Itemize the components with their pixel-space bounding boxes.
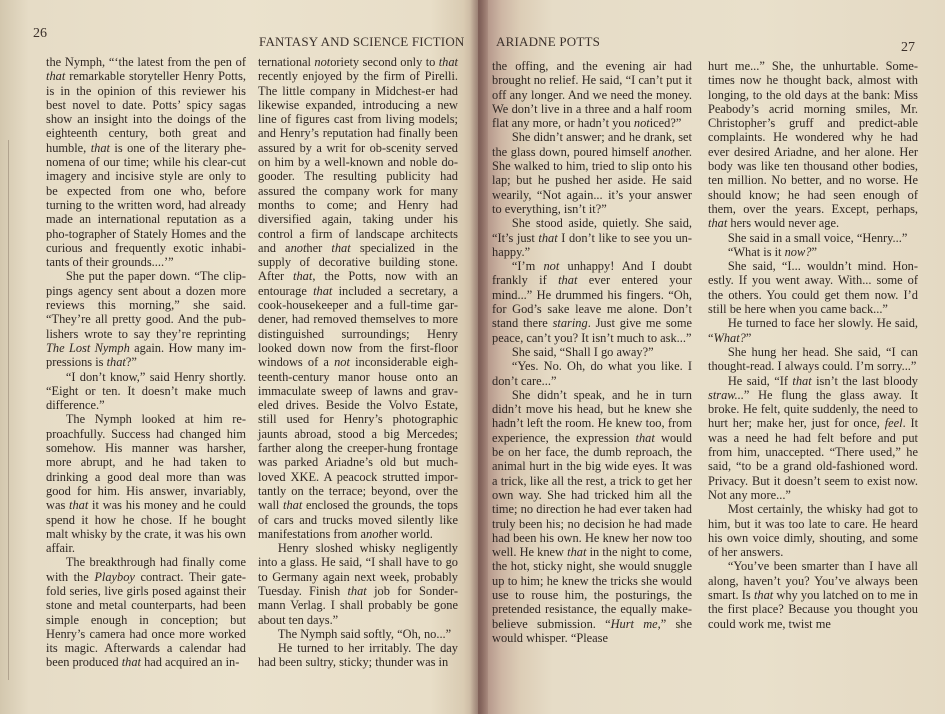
paragraph: Most certainly, the whisky had got to hi… <box>708 502 918 559</box>
paragraph: She hung her head. She said, “I can thou… <box>708 345 918 374</box>
italic-phrase: that <box>708 216 727 230</box>
column-left-1: the Nymph, “‘the latest from the pen of … <box>46 55 246 670</box>
paragraph: “I’m not unhappy! And I doubt frankly if… <box>492 259 692 345</box>
italic-phrase: not <box>543 259 559 273</box>
italic-phrase: not <box>314 55 330 69</box>
column-right-2: hurt me...” She, the unhurtable. Some-ti… <box>708 59 918 631</box>
italic-phrase: What? <box>714 331 746 345</box>
italic-phrase: staring <box>553 316 588 330</box>
italic-phrase: that <box>558 273 577 287</box>
paragraph: She said in a small voice, “Henry...” <box>708 231 918 245</box>
italic-phrase: that <box>567 545 586 559</box>
italic-phrase: that <box>46 69 65 83</box>
paragraph: “I don’t know,” said Henry shortly. “Eig… <box>46 370 246 413</box>
paragraph: The Nymph looked at him re-proachfully. … <box>46 412 246 555</box>
italic-phrase: The Lost Nymph <box>46 341 130 355</box>
italic-phrase: that <box>69 498 88 512</box>
paragraph: “What is it now?” <box>708 245 918 259</box>
paragraph: She stood aside, quietly. She said, “It’… <box>492 216 692 259</box>
paragraph: She put the paper down. “The clip-pings … <box>46 269 246 369</box>
italic-phrase: not <box>334 355 350 369</box>
italic-phrase: not <box>291 241 307 255</box>
book-spread: 26 FANTASY AND SCIENCE FICTION the Nymph… <box>0 0 945 714</box>
italic-phrase: not <box>366 527 382 541</box>
italic-phrase: now? <box>785 245 812 259</box>
italic-phrase: that <box>538 231 557 245</box>
right-page: ARIADNE POTTS 27 the offing, and the eve… <box>478 0 945 714</box>
column-left-2: ternational notoriety second only to tha… <box>258 55 458 670</box>
paragraph: She didn’t speak, and he in turn didn’t … <box>492 388 692 645</box>
italic-phrase: feel <box>885 416 903 430</box>
paragraph: The breakthrough had finally come with t… <box>46 555 246 669</box>
paragraph: hurt me...” She, the unhurtable. Some-ti… <box>708 59 918 231</box>
column-right-1: the offing, and the evening air had brou… <box>492 59 692 645</box>
italic-phrase: not <box>634 116 650 130</box>
page-edge-line <box>8 140 9 680</box>
italic-phrase: Playboy <box>94 570 135 584</box>
running-head-right: ARIADNE POTTS <box>496 34 600 50</box>
paragraph: ternational notoriety second only to tha… <box>258 55 458 541</box>
italic-phrase: that <box>792 374 811 388</box>
italic-phrase: that <box>331 241 350 255</box>
paragraph: the Nymph, “‘the latest from the pen of … <box>46 55 246 269</box>
paragraph: She said, “I... wouldn’t mind. Hon-estly… <box>708 259 918 316</box>
page-number-left: 26 <box>33 26 47 42</box>
italic-phrase: that <box>293 269 312 283</box>
italic-phrase: that <box>636 431 655 445</box>
paragraph: The Nymph said softly, “Oh, no...” <box>258 627 458 641</box>
italic-phrase: that <box>754 588 773 602</box>
paragraph: He said, “If that isn’t the last bloody … <box>708 374 918 503</box>
italic-phrase: that <box>122 655 141 669</box>
running-head-left: FANTASY AND SCIENCE FICTION <box>259 34 465 50</box>
paragraph: She didn’t answer; and he drank, set the… <box>492 130 692 216</box>
italic-phrase: straw... <box>708 388 744 402</box>
left-page: 26 FANTASY AND SCIENCE FICTION the Nymph… <box>0 0 478 714</box>
italic-phrase: not <box>658 145 674 159</box>
italic-phrase: that <box>91 141 110 155</box>
paragraph: Henry sloshed whisky negligently into a … <box>258 541 458 627</box>
italic-phrase: that <box>439 55 458 69</box>
paragraph: He turned to face her slowly. He said, “… <box>708 316 918 345</box>
italic-phrase: that <box>283 498 302 512</box>
paragraph: “You’ve been smarter than I have all alo… <box>708 559 918 630</box>
italic-phrase: that <box>313 284 332 298</box>
paragraph: She said, “Shall I go away?” <box>492 345 692 359</box>
italic-phrase: Hurt me, <box>611 617 661 631</box>
page-number-right: 27 <box>901 40 915 56</box>
book-spine-shadow <box>470 0 488 714</box>
italic-phrase: that <box>107 355 126 369</box>
italic-phrase: that <box>347 584 366 598</box>
paragraph: “Yes. No. Oh, do what you like. I don’t … <box>492 359 692 388</box>
paragraph: the offing, and the evening air had brou… <box>492 59 692 130</box>
paragraph: He turned to her irritably. The day had … <box>258 641 458 670</box>
